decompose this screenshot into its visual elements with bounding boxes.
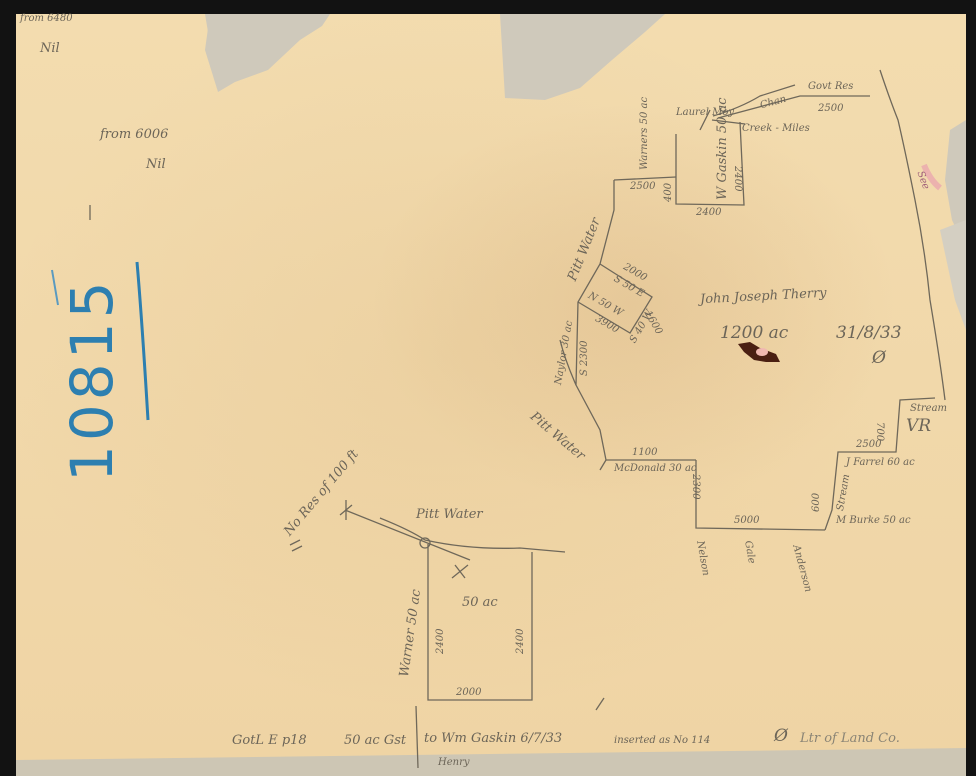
- length-2500-east: 2500: [856, 440, 881, 450]
- label-stream-top: Stream: [910, 404, 947, 414]
- grant-area: 1200 ac: [720, 325, 788, 342]
- lot-area: 50 ac: [462, 596, 498, 609]
- note-nil-1: Nil: [40, 42, 60, 55]
- footer-ref: GotL E p18: [232, 734, 307, 747]
- length-400: 400: [664, 183, 674, 202]
- label-burke: M Burke 50 ac: [836, 516, 911, 526]
- lot-right-length: 2400: [516, 629, 526, 654]
- footer-henry: Henry: [438, 758, 470, 768]
- length-5000: 5000: [734, 516, 759, 526]
- label-pitt-water-lot: Pitt Water: [416, 508, 483, 521]
- label-warners: Warners 50 ac: [640, 97, 650, 170]
- footer-mark: Ø: [774, 728, 788, 745]
- lot-left-length: 2400: [436, 629, 446, 654]
- length-1100: 1100: [632, 448, 657, 458]
- lot-bottom-length: 2000: [456, 688, 481, 698]
- length-2500-road: 2500: [818, 104, 843, 114]
- length-2400-side: 2400: [732, 166, 742, 191]
- length-2300: 2300: [690, 474, 700, 499]
- note-from-6006: from 6006: [100, 128, 168, 141]
- label-vr: VR: [906, 418, 931, 435]
- label-gaskin: W Gaskin 50 ac: [716, 97, 729, 200]
- blue-underline: [0, 0, 976, 776]
- label-farrel: J Farrel 60 ac: [846, 458, 915, 468]
- note-nil-2: Nil: [146, 158, 166, 171]
- bearing-s2300: S 2300: [580, 341, 590, 376]
- length-600: 600: [812, 493, 822, 512]
- note-from-6480: from 6480: [20, 14, 73, 24]
- grant-date: 31/8/33: [836, 325, 902, 342]
- footer-letter: Ltr of Land Co.: [800, 732, 900, 745]
- grant-mark: Ø: [872, 350, 886, 367]
- label-govt-res: Govt Res: [808, 82, 853, 92]
- length-2500-left: 2500: [630, 182, 655, 192]
- length-2400-bottom: 2400: [696, 208, 721, 218]
- label-creek-miles: Creek - Miles: [742, 124, 810, 134]
- label-mcdonald: McDonald 30 ac: [614, 464, 697, 474]
- footer-area: 50 ac Gst: [344, 734, 406, 747]
- footer-inserted: inserted as No 114: [614, 736, 710, 746]
- footer-grantee: to Wm Gaskin 6/7/33: [424, 732, 562, 745]
